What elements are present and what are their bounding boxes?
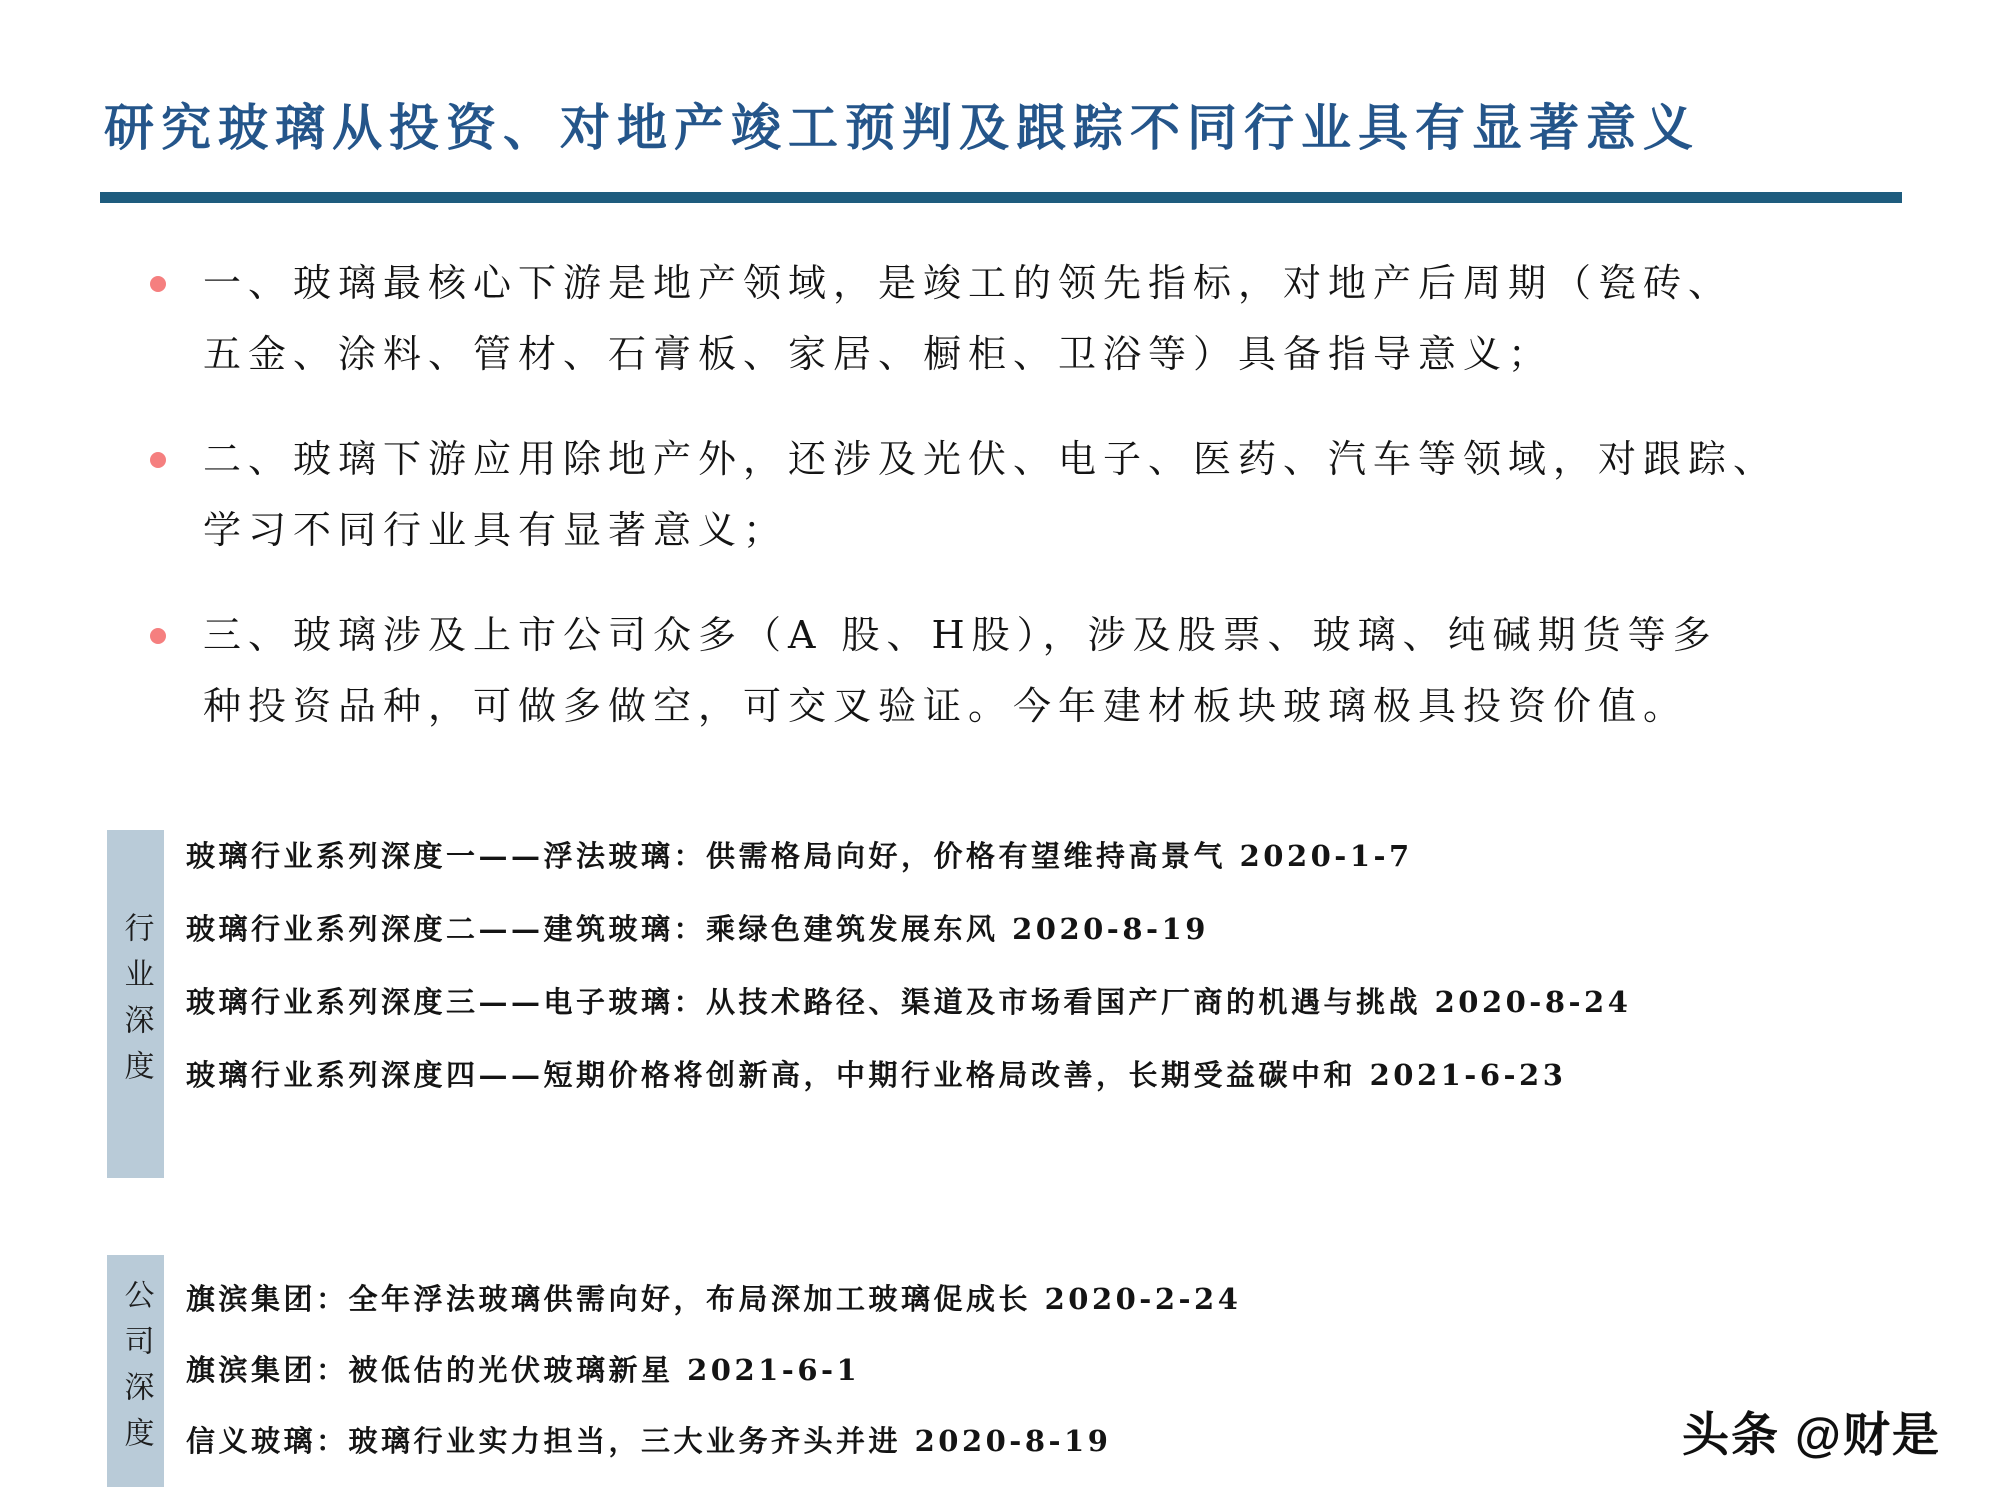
bullet-2-line-1: 二、玻璃下游应用除地产外，还涉及光伏、电子、医药、汽车等领域，对跟踪、 [203,424,1778,495]
industry-depth-label: 行业深度 [114,912,158,1096]
toutiao-watermark: 头条 @财是 [1682,1398,1941,1465]
industry-report-3: 玻璃行业系列深度三——电子玻璃：从技术路径、渠道及市场看国产厂商的机遇与挑战 2… [186,966,1631,1039]
bullet-text-2: 二、玻璃下游应用除地产外，还涉及光伏、电子、医药、汽车等领域，对跟踪、 学习不同… [203,424,1778,566]
bullet-item-1: 一、玻璃最核心下游是地产领域，是竣工的领先指标，对地产后周期（瓷砖、 五金、涂料… [150,248,1930,390]
industry-report-4: 玻璃行业系列深度四——短期价格将创新高，中期行业格局改善，长期受益碳中和 202… [186,1039,1631,1112]
industry-report-1: 玻璃行业系列深度一——浮法玻璃：供需格局向好，价格有望维持高景气 2020-1-… [186,820,1631,893]
company-depth-bar: 公司深度 [107,1255,164,1487]
bullet-3-line-2: 种投资品种，可做多做空，可交叉验证。今年建材板块玻璃极具投资价值。 [203,671,1718,742]
company-report-list: 旗滨集团：全年浮法玻璃供需向好，布局深加工玻璃促成长 2020-2-24 旗滨集… [186,1264,1241,1477]
bullet-3-line-1: 三、玻璃涉及上市公司众多（A 股、H股），涉及股票、玻璃、纯碱期货等多 [203,600,1718,671]
company-report-2: 旗滨集团：被低估的光伏玻璃新星 2021-6-1 [186,1335,1241,1406]
company-report-3: 信义玻璃：玻璃行业实力担当，三大业务齐头并进 2020-8-19 [186,1406,1241,1477]
bullet-text-3: 三、玻璃涉及上市公司众多（A 股、H股），涉及股票、玻璃、纯碱期货等多 种投资品… [203,600,1718,742]
title-underline [100,192,1902,203]
bullet-item-2: 二、玻璃下游应用除地产外，还涉及光伏、电子、医药、汽车等领域，对跟踪、 学习不同… [150,424,1930,566]
company-report-1: 旗滨集团：全年浮法玻璃供需向好，布局深加工玻璃促成长 2020-2-24 [186,1264,1241,1335]
bullet-2-line-2: 学习不同行业具有显著意义； [203,495,1778,566]
slide: 研究玻璃从投资、对地产竣工预判及跟踪不同行业具有显著意义 一、玻璃最核心下游是地… [0,0,2000,1500]
bullet-text-1: 一、玻璃最核心下游是地产领域，是竣工的领先指标，对地产后周期（瓷砖、 五金、涂料… [203,248,1733,390]
company-depth-label: 公司深度 [114,1279,158,1463]
bullet-1-line-1: 一、玻璃最核心下游是地产领域，是竣工的领先指标，对地产后周期（瓷砖、 [203,248,1733,319]
bullet-1-line-2: 五金、涂料、管材、石膏板、家居、橱柜、卫浴等）具备指导意义； [203,319,1733,390]
industry-report-2: 玻璃行业系列深度二——建筑玻璃：乘绿色建筑发展东风 2020-8-19 [186,893,1631,966]
industry-depth-bar: 行业深度 [107,830,164,1178]
bullet-dot-icon [150,276,166,292]
bullet-item-3: 三、玻璃涉及上市公司众多（A 股、H股），涉及股票、玻璃、纯碱期货等多 种投资品… [150,600,1930,742]
industry-report-list: 玻璃行业系列深度一——浮法玻璃：供需格局向好，价格有望维持高景气 2020-1-… [186,820,1631,1112]
bullet-dot-icon [150,452,166,468]
bullet-dot-icon [150,628,166,644]
bullet-list: 一、玻璃最核心下游是地产领域，是竣工的领先指标，对地产后周期（瓷砖、 五金、涂料… [150,248,1930,776]
page-title: 研究玻璃从投资、对地产竣工预判及跟踪不同行业具有显著意义 [104,88,1700,160]
